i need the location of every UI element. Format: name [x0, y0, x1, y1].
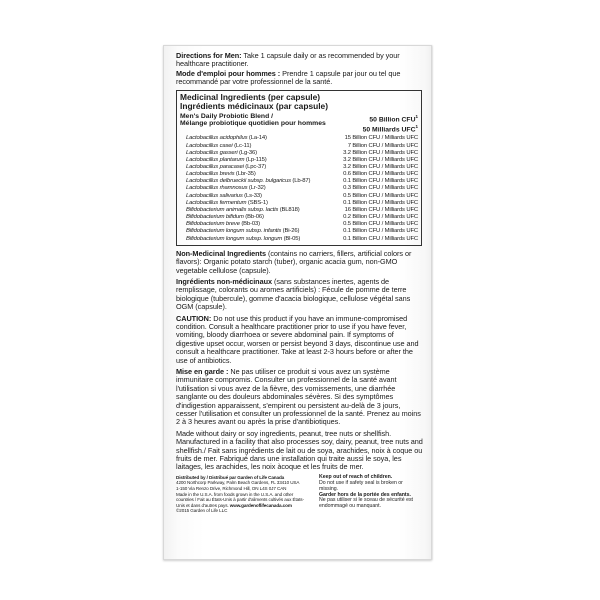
blend-amount-en: 50 Billion CFU1 — [363, 113, 418, 124]
blend-name-en: Men's Daily Probiotic Blend / — [180, 113, 326, 121]
directions-en: Directions for Men: Take 1 capsule daily… — [176, 52, 423, 69]
strain-row: Lactobacillus brevis (Lbr-35)0.6 Billion… — [180, 171, 418, 178]
caution-fr: Mise en garde : Ne pas utiliser ce produ… — [176, 368, 423, 427]
label-content: Directions for Men: Take 1 capsule daily… — [176, 52, 423, 514]
strain-row: Bifidobacterium longum subsp. infantis (… — [180, 228, 418, 235]
blend-name-fr: Mélange probiotique quotidien pour homme… — [180, 120, 326, 128]
blend-amount-fr: 50 Milliards UFC1 — [363, 123, 418, 134]
strain-row: Bifidobacterium animalis subsp. lactis (… — [180, 207, 418, 214]
strain-row: Lactobacillus casei (Lc-11)7 Billion CFU… — [180, 143, 418, 150]
seal-warning-fr: Ne pas utiliser si le sceau de sécurité … — [319, 497, 413, 509]
caution-en: CAUTION: Do not use this product if you … — [176, 315, 423, 365]
medicinal-ingredients-box: Medicinal Ingredients (per capsule) Ingr… — [176, 90, 422, 246]
medicinal-title-fr: Ingrédients médicinaux (par capsule) — [180, 102, 418, 111]
address-can: 1-150 Via Renzo Drive, Richmond Hill, ON… — [176, 486, 286, 491]
strain-row: Bifidobacterium bifidum (Bb-06)0.2 Billi… — [180, 214, 418, 221]
non-medicinal-en: Non-Medicinal Ingredients (contains no c… — [176, 250, 423, 275]
caution-fr-text: Ne pas utiliser ce produit si vous avez … — [176, 367, 421, 426]
label-footer: Distributed by / Distribué par Garden of… — [176, 475, 423, 514]
allergen-statement: Made without dairy or soy ingredients, p… — [176, 430, 423, 472]
directions-fr: Mode d'emploi pour hommes : Prendre 1 ca… — [176, 70, 423, 87]
supplement-label-panel: Directions for Men: Take 1 capsule daily… — [163, 45, 432, 560]
strain-row: Lactobacillus plantarum (Lp-115)3.2 Bill… — [180, 157, 418, 164]
distributor-info: Distributed by / Distribué par Garden of… — [176, 475, 312, 514]
strain-list: Lactobacillus acidophilus (La-14)15 Bill… — [180, 135, 418, 242]
caution-en-text: Do not use this product if you have an i… — [176, 314, 418, 365]
copyright: ©2015 Garden of Life LLC — [176, 508, 227, 513]
strain-row: Lactobacillus acidophilus (La-14)15 Bill… — [180, 135, 418, 142]
strain-row: Lactobacillus delbrueckii subsp. bulgari… — [180, 178, 418, 185]
safety-warnings: Keep out of reach of children. Do not us… — [319, 475, 423, 514]
probiotic-blend-header: Men's Daily Probiotic Blend / Mélange pr… — [180, 113, 418, 135]
website-link[interactable]: www.gardenoflifecanada.com — [230, 503, 292, 508]
strain-row: Bifidobacterium breve (Bb-03)0.5 Billion… — [180, 221, 418, 228]
strain-row: Bifidobacterium longum subsp. longum (Bl… — [180, 236, 418, 243]
distributor-label: Distributed by / Distribué par Garden of… — [176, 475, 284, 480]
address-us: 4200 Northcorp Parkway, Palm Beach Garde… — [176, 480, 299, 485]
non-medicinal-fr: Ingrédients non-médicinaux (sans substan… — [176, 278, 423, 312]
strain-row: Lactobacillus fermentum (SBS-1)0.1 Billi… — [180, 200, 418, 207]
seal-warning-en: Do not use if safety seal is broken or m… — [319, 480, 403, 492]
strain-row: Lactobacillus salivarius (Ls-33)0.5 Bill… — [180, 193, 418, 200]
strain-row: Lactobacillus paracasei (Lpc-37)3.2 Bill… — [180, 164, 418, 171]
strain-row: Lactobacillus rhamnosus (Lr-32)0.3 Billi… — [180, 185, 418, 192]
strain-row: Lactobacillus gasseri (Lg-36)3.2 Billion… — [180, 150, 418, 157]
